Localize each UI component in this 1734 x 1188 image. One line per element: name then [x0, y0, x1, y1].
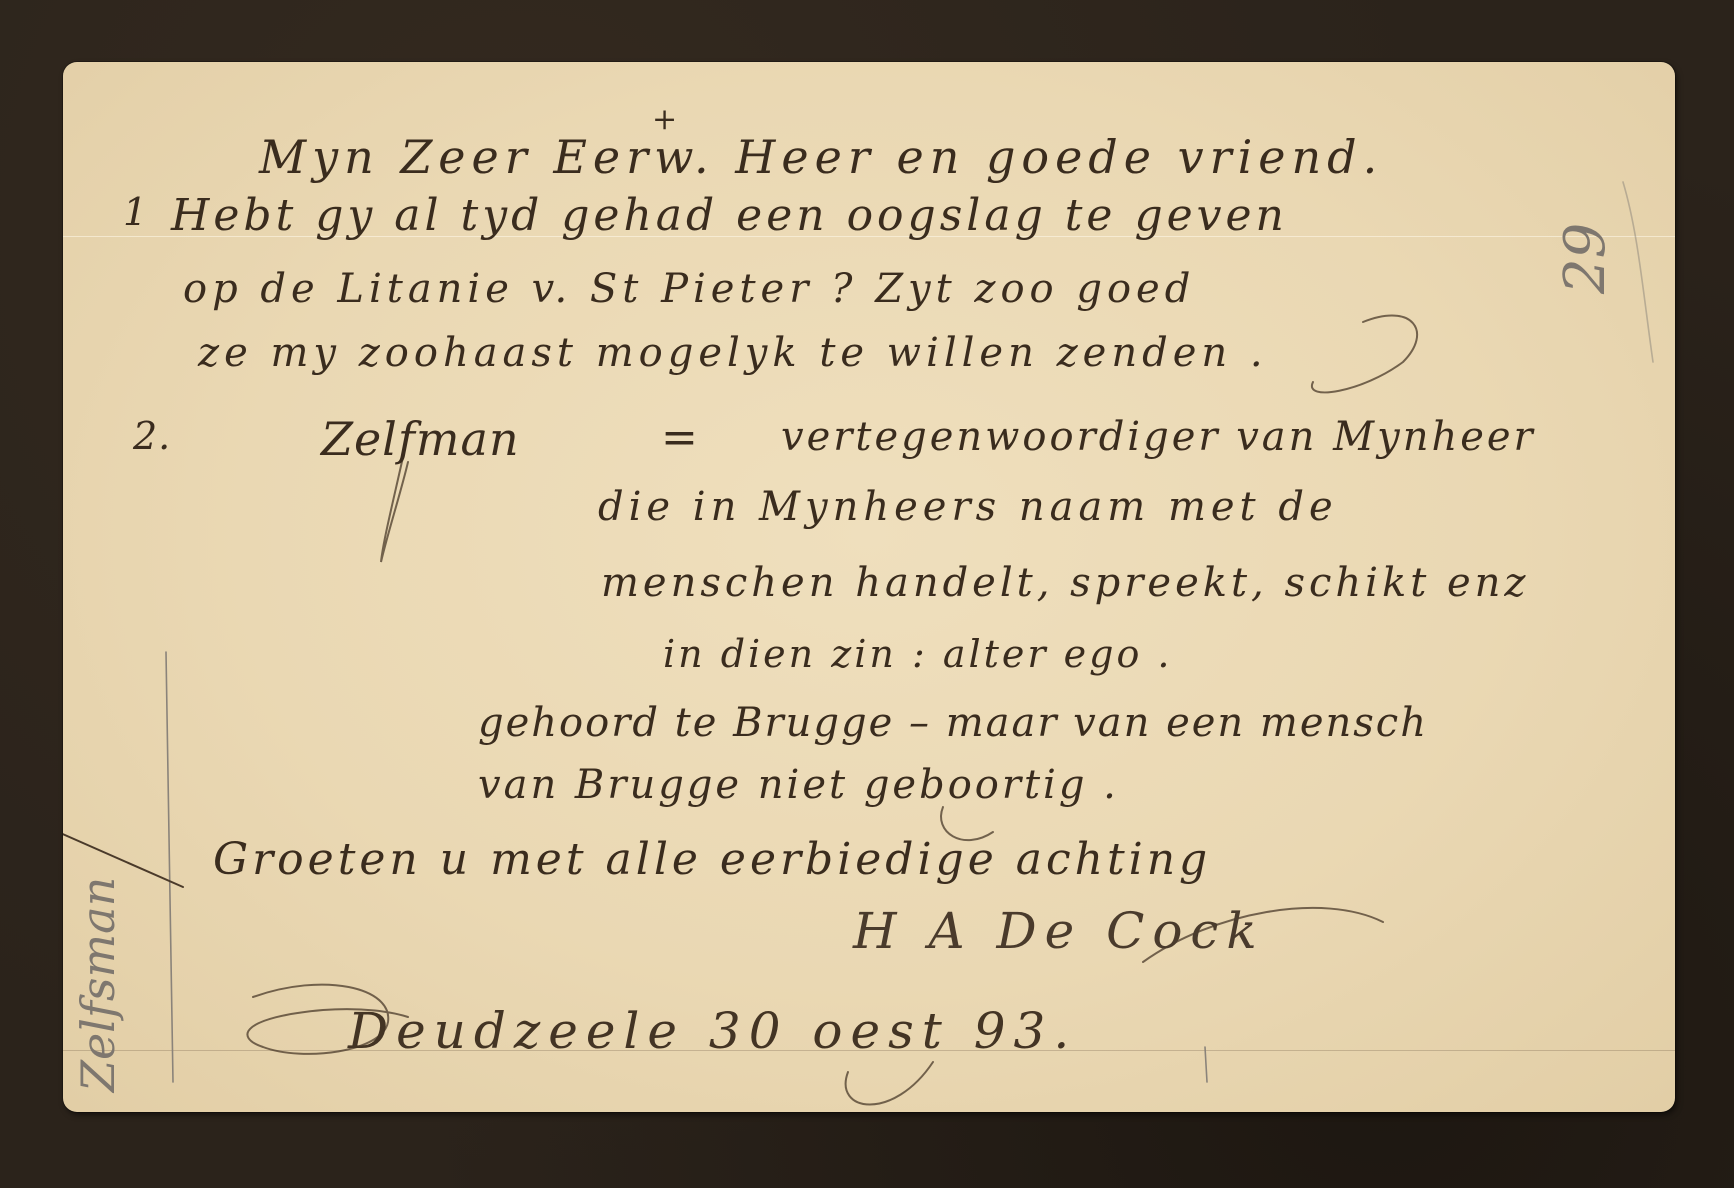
item-1-number: 1 — [123, 190, 148, 234]
item-2-line-3: menschen handelt, spreekt, schikt enz — [601, 560, 1530, 606]
item-2-equals: = — [661, 412, 699, 463]
item-2-term: Zelfman — [321, 412, 520, 466]
item-1-line-3: ze my zoohaast mogelyk te willen zenden … — [198, 330, 1268, 376]
item-2-line-5: gehoord te Brugge – maar van een mensch — [478, 700, 1428, 746]
item-1-line-2: op de Litanie v. St Pieter ? Zyt zoo goe… — [183, 266, 1195, 312]
item-1-line-1: Hebt gy al tyd gehad een oogslag te geve… — [171, 190, 1288, 241]
place-date: Deudzeele 30 oest 93. — [348, 1002, 1077, 1060]
postcard: + Myn Zeer Eerw. Heer en goede vriend. 1… — [63, 62, 1675, 1112]
item-2-line-1: vertegenwoordiger van Mynheer — [781, 414, 1536, 460]
closing-greeting: Groeten u met alle eerbiedige achting — [213, 834, 1211, 885]
item-2-line-2: die in Mynheers naam met de — [598, 484, 1338, 530]
item-2-line-4: in dien zin : alter ego . — [663, 632, 1173, 676]
salutation: Myn Zeer Eerw. Heer en goede vriend. — [259, 130, 1383, 184]
left-margin-pencil-note: Zelfsman — [71, 877, 125, 1092]
signature: H A De Cock — [853, 902, 1265, 960]
item-2-line-6: van Brugge niet geboortig . — [478, 762, 1119, 808]
item-2-number: 2. — [133, 414, 171, 458]
archive-number: 29 — [1553, 223, 1618, 294]
